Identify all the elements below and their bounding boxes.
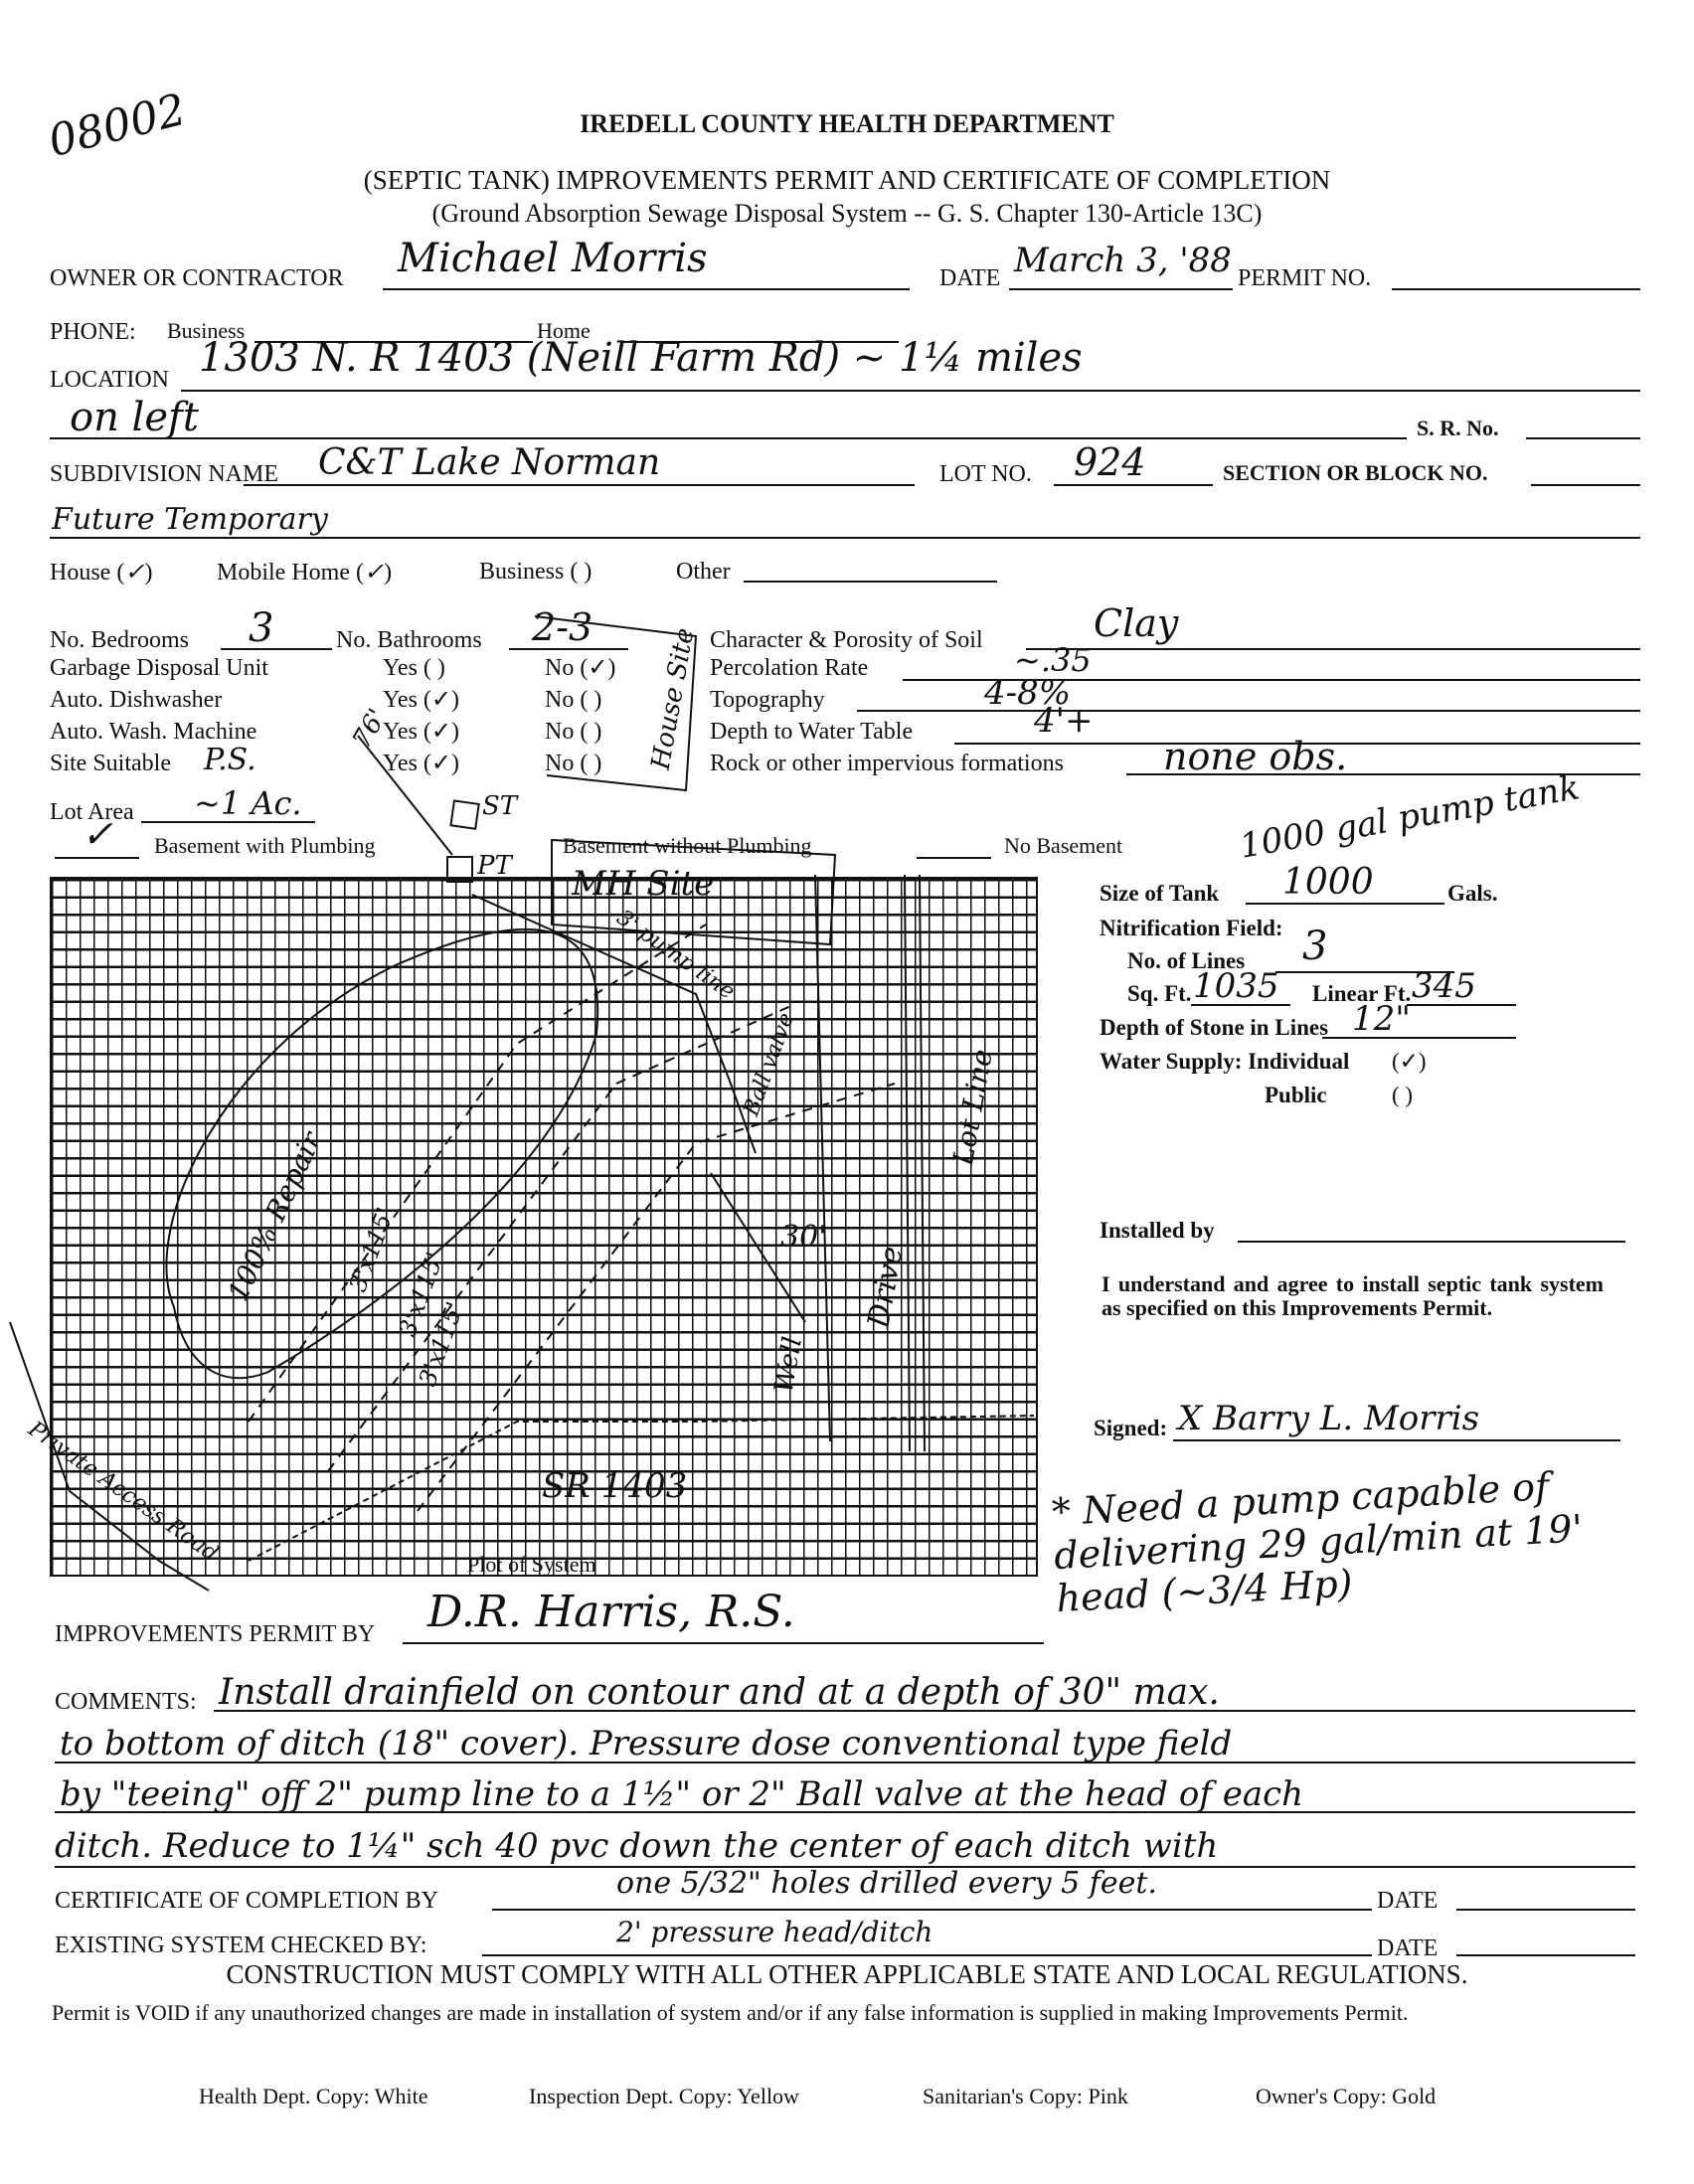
comments-line-1[interactable]: Install drainfield on contour and at a d… bbox=[219, 1675, 1220, 1711]
garbage-disposal-label: Garbage Disposal Unit bbox=[50, 656, 268, 680]
water-public-check[interactable]: ( ) bbox=[1392, 1084, 1413, 1106]
site-suitable-label: Site Suitable bbox=[50, 752, 171, 775]
plot-label-pt: PT bbox=[477, 853, 512, 879]
pump-tank-note: 1000 gal pump tank bbox=[1238, 770, 1583, 864]
date-field[interactable]: March 3, '88 bbox=[1014, 244, 1232, 277]
comments-line-3[interactable]: by "teeing" off 2" pump line to a 1½" or… bbox=[60, 1777, 1303, 1811]
water-table-field[interactable]: 4'+ bbox=[1034, 704, 1093, 738]
no-basement-field[interactable] bbox=[917, 857, 991, 859]
water-table-label: Depth to Water Table bbox=[710, 720, 913, 744]
dishwasher-label: Auto. Dishwasher bbox=[50, 688, 222, 712]
copy-owner: Owner's Copy: Gold bbox=[1256, 2086, 1436, 2107]
other-field[interactable] bbox=[744, 581, 997, 583]
owner-field[interactable]: Michael Morris bbox=[398, 239, 708, 278]
water-public-label: Public bbox=[1265, 1084, 1327, 1106]
void-notice: Permit is VOID if any unauthorized chang… bbox=[52, 2000, 1523, 2025]
form-title: (SEPTIC TANK) IMPROVEMENTS PERMIT AND CE… bbox=[0, 167, 1694, 194]
perc-rate-field[interactable]: ~.35 bbox=[1014, 644, 1092, 676]
existing-checked-label: EXISTING SYSTEM CHECKED BY: bbox=[55, 1933, 426, 1957]
water-supply-label: Water Supply: Individual bbox=[1100, 1050, 1349, 1073]
dishwasher-no[interactable]: No ( ) bbox=[545, 688, 601, 712]
mobile-home-label: Mobile Home ( bbox=[217, 560, 364, 586]
certificate-field[interactable] bbox=[492, 1909, 1372, 1911]
basement-with-plumbing-label: Basement with Plumbing bbox=[154, 835, 375, 857]
improvements-by-label: IMPROVEMENTS PERMIT BY bbox=[55, 1622, 375, 1646]
location-field-line1[interactable]: 1303 N. R 1403 (Neill Farm Rd) ~ 1¼ mile… bbox=[199, 338, 1083, 378]
no-basement-label: No Basement bbox=[1004, 835, 1122, 857]
perc-rate-label: Percolation Rate bbox=[710, 656, 868, 680]
site-suitable-note: P.S. bbox=[204, 746, 256, 775]
mobile-home-check: ✓ bbox=[364, 558, 384, 586]
signature-field[interactable]: X Barry L. Morris bbox=[1178, 1402, 1479, 1435]
certificate-date-field[interactable] bbox=[1456, 1909, 1635, 1911]
comments-label: COMMENTS: bbox=[55, 1690, 197, 1714]
installed-by-field[interactable] bbox=[1238, 1241, 1625, 1243]
tank-size-field[interactable]: 1000 bbox=[1282, 865, 1374, 901]
lot-no-field[interactable]: 924 bbox=[1074, 443, 1146, 481]
business-option[interactable]: Business ( ) bbox=[479, 560, 592, 584]
wash-machine-no[interactable]: No ( ) bbox=[545, 720, 601, 744]
garbage-disposal-no[interactable]: No (✓) bbox=[545, 656, 615, 680]
soil-label: Character & Porosity of Soil bbox=[710, 628, 983, 652]
existing-date-field[interactable] bbox=[1456, 1954, 1635, 1956]
site-suitable-no[interactable]: No ( ) bbox=[545, 752, 601, 775]
stone-depth-field[interactable]: 12" bbox=[1352, 1002, 1411, 1036]
bathrooms-label: No. Bathrooms bbox=[336, 628, 482, 652]
form-subtitle: (Ground Absorption Sewage Disposal Syste… bbox=[0, 201, 1694, 227]
subdivision-field[interactable]: C&T Lake Norman bbox=[318, 445, 660, 481]
plot-label-road: SR 1403 bbox=[542, 1469, 687, 1503]
plot-label-st: ST bbox=[482, 793, 517, 819]
lines-field[interactable]: 3 bbox=[1302, 926, 1327, 966]
sqft-field[interactable]: 1035 bbox=[1193, 969, 1279, 1003]
compliance-notice: CONSTRUCTION MUST COMPLY WITH ALL OTHER … bbox=[0, 1961, 1694, 1988]
rock-label: Rock or other impervious formations bbox=[710, 752, 1064, 775]
soil-field[interactable]: Clay bbox=[1094, 604, 1178, 642]
comments-line-2[interactable]: to bottom of ditch (18" cover). Pressure… bbox=[60, 1727, 1232, 1761]
certificate-date-label: DATE bbox=[1377, 1889, 1438, 1913]
extra-notes-field[interactable]: Future Temporary bbox=[52, 505, 328, 535]
house-label: House ( bbox=[50, 560, 124, 586]
linear-ft-field[interactable]: 345 bbox=[1412, 969, 1476, 1003]
location-label: LOCATION bbox=[50, 368, 169, 392]
copy-inspection-dept: Inspection Dept. Copy: Yellow bbox=[529, 2086, 799, 2107]
tank-size-label: Size of Tank bbox=[1100, 882, 1219, 905]
subdivision-label: SUBDIVISION NAME bbox=[50, 462, 278, 486]
permit-no-label: PERMIT NO. bbox=[1238, 266, 1371, 290]
copy-sanitarian: Sanitarian's Copy: Pink bbox=[923, 2086, 1128, 2107]
sr-no-field[interactable] bbox=[1526, 437, 1640, 439]
bathrooms-field[interactable]: 2-3 bbox=[532, 608, 593, 646]
agreement-text: I understand and agree to install septic… bbox=[1101, 1272, 1604, 1320]
existing-checked-field[interactable] bbox=[482, 1954, 1372, 1956]
pump-requirement-note: * Need a pump capable of delivering 29 g… bbox=[1051, 1461, 1633, 1621]
date-label: DATE bbox=[939, 266, 1000, 290]
wash-machine-yes[interactable]: Yes (✓) bbox=[383, 720, 459, 744]
topography-label: Topography bbox=[710, 688, 825, 712]
lot-area-field[interactable]: ~1 Ac. bbox=[194, 787, 302, 819]
water-individual-check[interactable]: (✓) bbox=[1392, 1050, 1427, 1073]
dishwasher-yes[interactable]: Yes (✓) bbox=[383, 688, 459, 712]
other-label: Other bbox=[676, 560, 731, 584]
tank-size-unit: Gals. bbox=[1447, 882, 1497, 905]
certificate-label: CERTIFICATE OF COMPLETION BY bbox=[55, 1889, 438, 1913]
house-option[interactable]: House (✓) bbox=[50, 560, 152, 585]
location-field-line2[interactable]: on left bbox=[70, 398, 199, 437]
installed-by-label: Installed by bbox=[1100, 1219, 1215, 1242]
comments-line-6: 2' pressure head/ditch bbox=[616, 1919, 932, 1946]
improvements-by-field[interactable]: D.R. Harris, R.S. bbox=[427, 1591, 795, 1634]
wash-machine-label: Auto. Wash. Machine bbox=[50, 720, 256, 744]
mobile-home-option[interactable]: Mobile Home (✓) bbox=[217, 560, 392, 585]
nitrification-field-label: Nitrification Field: bbox=[1100, 917, 1283, 939]
permit-no-field[interactable] bbox=[1392, 288, 1640, 290]
existing-date-label: DATE bbox=[1377, 1936, 1438, 1960]
bedrooms-label: No. Bedrooms bbox=[50, 628, 189, 652]
phone-label: PHONE: bbox=[50, 320, 136, 344]
stone-depth-label: Depth of Stone in Lines bbox=[1100, 1016, 1328, 1039]
garbage-disposal-yes[interactable]: Yes ( ) bbox=[383, 656, 445, 680]
agency-title: IREDELL COUNTY HEALTH DEPARTMENT bbox=[0, 111, 1694, 137]
plot-label-dist-30: 30' bbox=[780, 1223, 826, 1253]
plot-caption: Plot of System bbox=[467, 1554, 596, 1576]
basement-without-plumbing-label: Basement without Plumbing bbox=[563, 835, 812, 857]
lot-no-label: LOT NO. bbox=[939, 462, 1032, 486]
comments-line-4[interactable]: ditch. Reduce to 1¼" sch 40 pvc down the… bbox=[55, 1829, 1218, 1863]
house-check: ✓ bbox=[124, 558, 144, 586]
section-label: SECTION OR BLOCK NO. bbox=[1223, 462, 1488, 484]
signed-label: Signed: bbox=[1094, 1417, 1167, 1439]
bedrooms-field[interactable]: 3 bbox=[249, 608, 273, 648]
sr-no-label: S. R. No. bbox=[1417, 418, 1499, 439]
owner-label: OWNER OR CONTRACTOR bbox=[50, 266, 344, 290]
plot-label-house-site: House Site bbox=[648, 626, 699, 771]
site-suitable-yes[interactable]: Yes (✓) bbox=[383, 752, 459, 775]
copy-health-dept: Health Dept. Copy: White bbox=[199, 2086, 428, 2107]
basement-with-plumbing-check[interactable]: ✓ bbox=[82, 815, 113, 853]
sqft-label: Sq. Ft. bbox=[1127, 982, 1192, 1005]
plot-label-mh-site: MH Site bbox=[572, 867, 714, 901]
rock-field[interactable]: none obs. bbox=[1163, 738, 1347, 775]
section-field[interactable] bbox=[1531, 484, 1640, 486]
comments-line-5: one 5/32" holes drilled every 5 feet. bbox=[616, 1869, 1157, 1899]
